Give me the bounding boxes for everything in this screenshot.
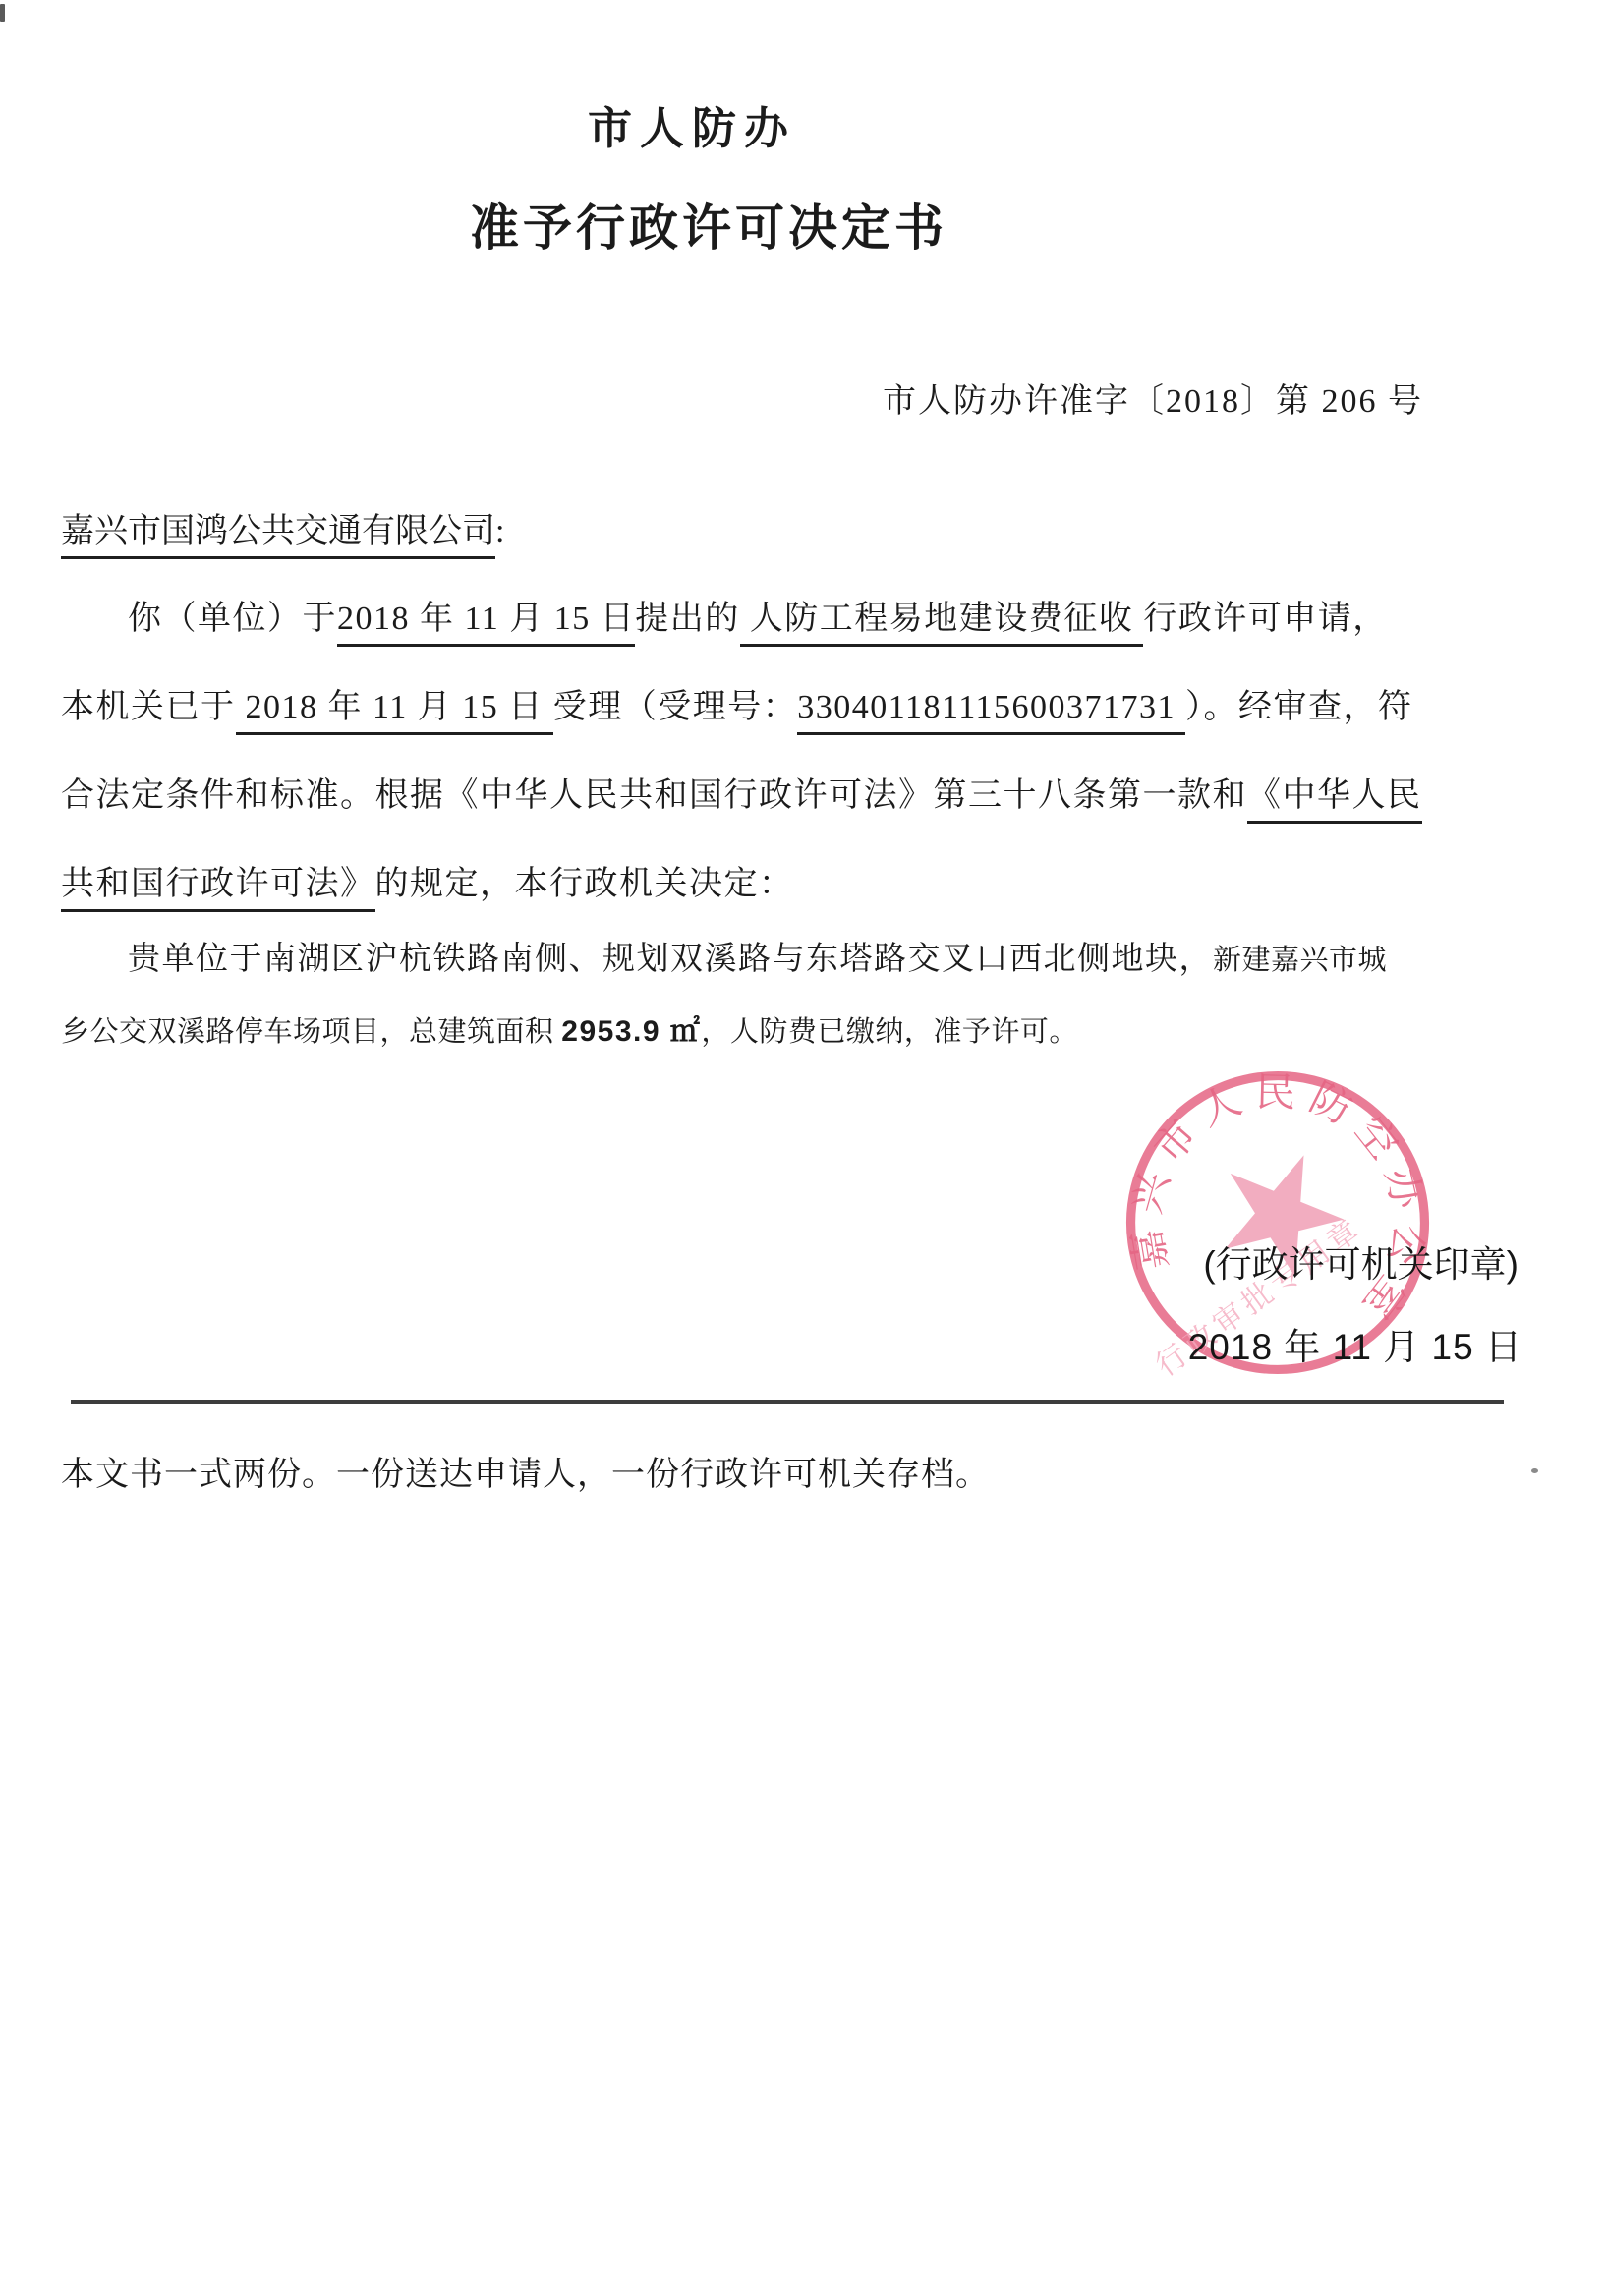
seal-caption: (行政许可机关印章) [0,1234,1519,1288]
body-line-5: 贵单位于南湖区沪杭铁路南侧、规划双溪路与东塔路交叉口西北侧地块，新建嘉兴市城 [61,924,1516,996]
text-segment: 合法定条件和标准。根据《中华人民共和国行政许可法》第三十八条第一款和 [61,777,1247,814]
scan-artifact [0,4,5,22]
underlined-application-date: 2018 年 11 月 15 日 [337,601,635,647]
body-line-1: 你（单位）于2018 年 11 月 15 日提出的 人防工程易地建设费征收 行政… [61,575,1516,663]
footer-separator [71,1400,1504,1404]
text-segment: 本机关已于 [61,689,236,725]
text-segment: 的规定，本行政机关决定： [375,866,794,902]
filled-text-segment: 新建嘉兴市城 [1213,945,1387,976]
text-segment: 行政许可申请， [1143,601,1388,637]
addressee-line: 嘉兴市国鸿公共交通有限公司: [61,503,504,551]
addressee-colon: : [495,513,504,549]
body-line-2: 本机关已于 2018 年 11 月 15 日 受理（受理号：3304011811… [61,663,1516,752]
document-page: 市人防办 准予行政许可决定书 市人防办许准字〔2018〕第 206 号 嘉兴市国… [0,0,1606,2296]
copies-note: 本文书一式两份。一份送达申请人，一份行政许可机关存档。 [61,1447,990,1495]
document-title-type: 准予行政许可决定书 [0,189,1417,259]
underlined-law-name-part2: 共和国行政许可法》 [61,866,375,912]
filled-text-segment: 乡公交双溪路停车场项目，总建筑面积 [61,1016,561,1048]
text-segment: 贵单位于南湖区沪杭铁路南侧、规划双溪路与东塔路交叉口西北侧地块， [128,942,1213,977]
text-segment: 受理（受理号： [553,689,798,725]
scan-artifact [1531,1468,1538,1473]
floor-area-value: 2953.9 ㎡ [561,1015,701,1048]
body-paragraph-2: 贵单位于南湖区沪杭铁路南侧、规划双溪路与东塔路交叉口西北侧地块，新建嘉兴市城 乡… [61,924,1516,1067]
decision-date: 2018 年 11 月 15 日 [0,1317,1522,1370]
document-number: 市人防办许准字〔2018〕第 206 号 [883,373,1423,422]
underlined-law-name-part1: 《中华人民 [1247,777,1422,824]
filled-text-segment: ，人防费已缴纳，准予许可。 [701,1016,1078,1048]
body-line-3: 合法定条件和标准。根据《中华人民共和国行政许可法》第三十八条第一款和《中华人民 [61,752,1516,840]
document-title-org: 市人防办 [0,92,1384,156]
body-line-4: 共和国行政许可法》的规定，本行政机关决定： [61,840,1516,929]
body-paragraph-1: 你（单位）于2018 年 11 月 15 日提出的 人防工程易地建设费征收 行政… [61,575,1516,929]
underlined-license-item: 人防工程易地建设费征收 [740,601,1144,647]
underlined-receipt-number: 330401181115600371731 [797,689,1185,735]
text-segment: ）。经审查，符 [1185,689,1413,725]
text-segment: 你（单位）于 [128,601,337,637]
addressee-name: 嘉兴市国鸿公共交通有限公司 [61,513,495,559]
underlined-acceptance-date: 2018 年 11 月 15 日 [236,689,553,735]
text-segment: 提出的 [635,601,740,637]
